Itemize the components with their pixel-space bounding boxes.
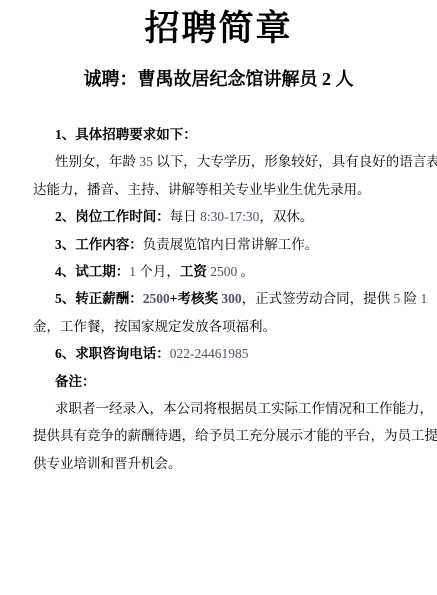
salary-item-line-1: 5、转正薪酬：2500+考核奖 300，正式签劳动合同，提供 5 险 1 [33, 285, 407, 312]
body-text: 性别女，年龄 [55, 154, 139, 169]
bold-label: +考核奖 [170, 291, 222, 306]
numeric-text: 300 [221, 291, 241, 306]
remarks-heading: 备注： [33, 368, 407, 395]
requirements-line-1: 性别女，年龄 35 以下，大专学历，形象较好，具有良好的语言表 [33, 148, 407, 175]
numeric-text: 8:30-17:30 [200, 209, 259, 224]
body-text: 供专业培训和晋升机会。 [33, 456, 182, 471]
numeric-text: 1 [420, 291, 427, 306]
body-text: 负责展览馆内日常讲解工作。 [143, 237, 319, 252]
body-text: 。 [237, 264, 254, 279]
body-text: 达能力，播音、主持、讲解等相关专业毕业生优先录用。 [33, 182, 371, 197]
bold-label: 6、求职咨询电话： [55, 346, 170, 361]
remarks-line-2: 提供具有竞争的薪酬待遇，给予员工充分展示才能的平台，为员工提 [33, 422, 407, 449]
recruitment-notice-page: 招聘简章 诚聘：曹禺故居纪念馆讲解员 2 人 1、具体招聘要求如下：性别女，年龄… [0, 0, 437, 595]
document-body: 1、具体招聘要求如下：性别女，年龄 35 以下，大专学历，形象较好，具有良好的语… [0, 121, 437, 477]
page-title: 招聘简章 [0, 8, 437, 50]
bold-label: 工资 [180, 264, 210, 279]
body-text: 提供具有竞争的薪酬待遇，给予员工充分展示才能的平台，为员工提 [33, 428, 437, 443]
phone-number: 022-24461985 [170, 346, 249, 361]
bold-label: 4、试工期： [55, 264, 129, 279]
requirements-heading: 1、具体招聘要求如下： [33, 121, 407, 148]
contact-phone-item: 6、求职咨询电话：022-24461985 [33, 340, 407, 367]
numeric-text: 1 [129, 264, 136, 279]
numeric-text: 2500 [210, 264, 237, 279]
remarks-line-1: 求职者一经录入，本公司将根据员工实际工作情况和工作能力， [33, 395, 407, 422]
body-text: 金，工作餐，按国家规定发放各项福利。 [33, 319, 276, 334]
recruitment-subtitle: 诚聘：曹禺故居纪念馆讲解员 2 人 [0, 67, 437, 91]
body-text: ，正式签劳动合同，提供 [242, 291, 394, 306]
body-text: 求职者一经录入，本公司将根据员工实际工作情况和工作能力， [55, 401, 433, 416]
numeric-text: 35 [139, 154, 153, 169]
requirements-line-2: 达能力，播音、主持、讲解等相关专业毕业生优先录用。 [33, 176, 407, 203]
body-text: 险 [400, 291, 420, 306]
bold-label: 备注： [55, 374, 96, 389]
body-text: 以下，大专学历，形象较好，具有良好的语言表 [153, 154, 437, 169]
remarks-line-3: 供专业培训和晋升机会。 [33, 450, 407, 477]
body-text: ，双休。 [259, 209, 313, 224]
work-hours-item: 2、岗位工作时间：每日 8:30-17:30，双休。 [33, 203, 407, 230]
bold-label: 5、转正薪酬： [55, 291, 143, 306]
numeric-text: 2500 [143, 291, 170, 306]
body-text: 每日 [170, 209, 200, 224]
bold-label: 3、工作内容： [55, 237, 143, 252]
job-duties-item: 3、工作内容：负责展览馆内日常讲解工作。 [33, 231, 407, 258]
salary-item-line-2: 金，工作餐，按国家规定发放各项福利。 [33, 313, 407, 340]
bold-label: 2、岗位工作时间： [55, 209, 170, 224]
bold-label: 1、具体招聘要求如下： [55, 127, 197, 142]
probation-item: 4、试工期：1 个月，工资 2500 。 [33, 258, 407, 285]
body-text: 个月， [136, 264, 180, 279]
